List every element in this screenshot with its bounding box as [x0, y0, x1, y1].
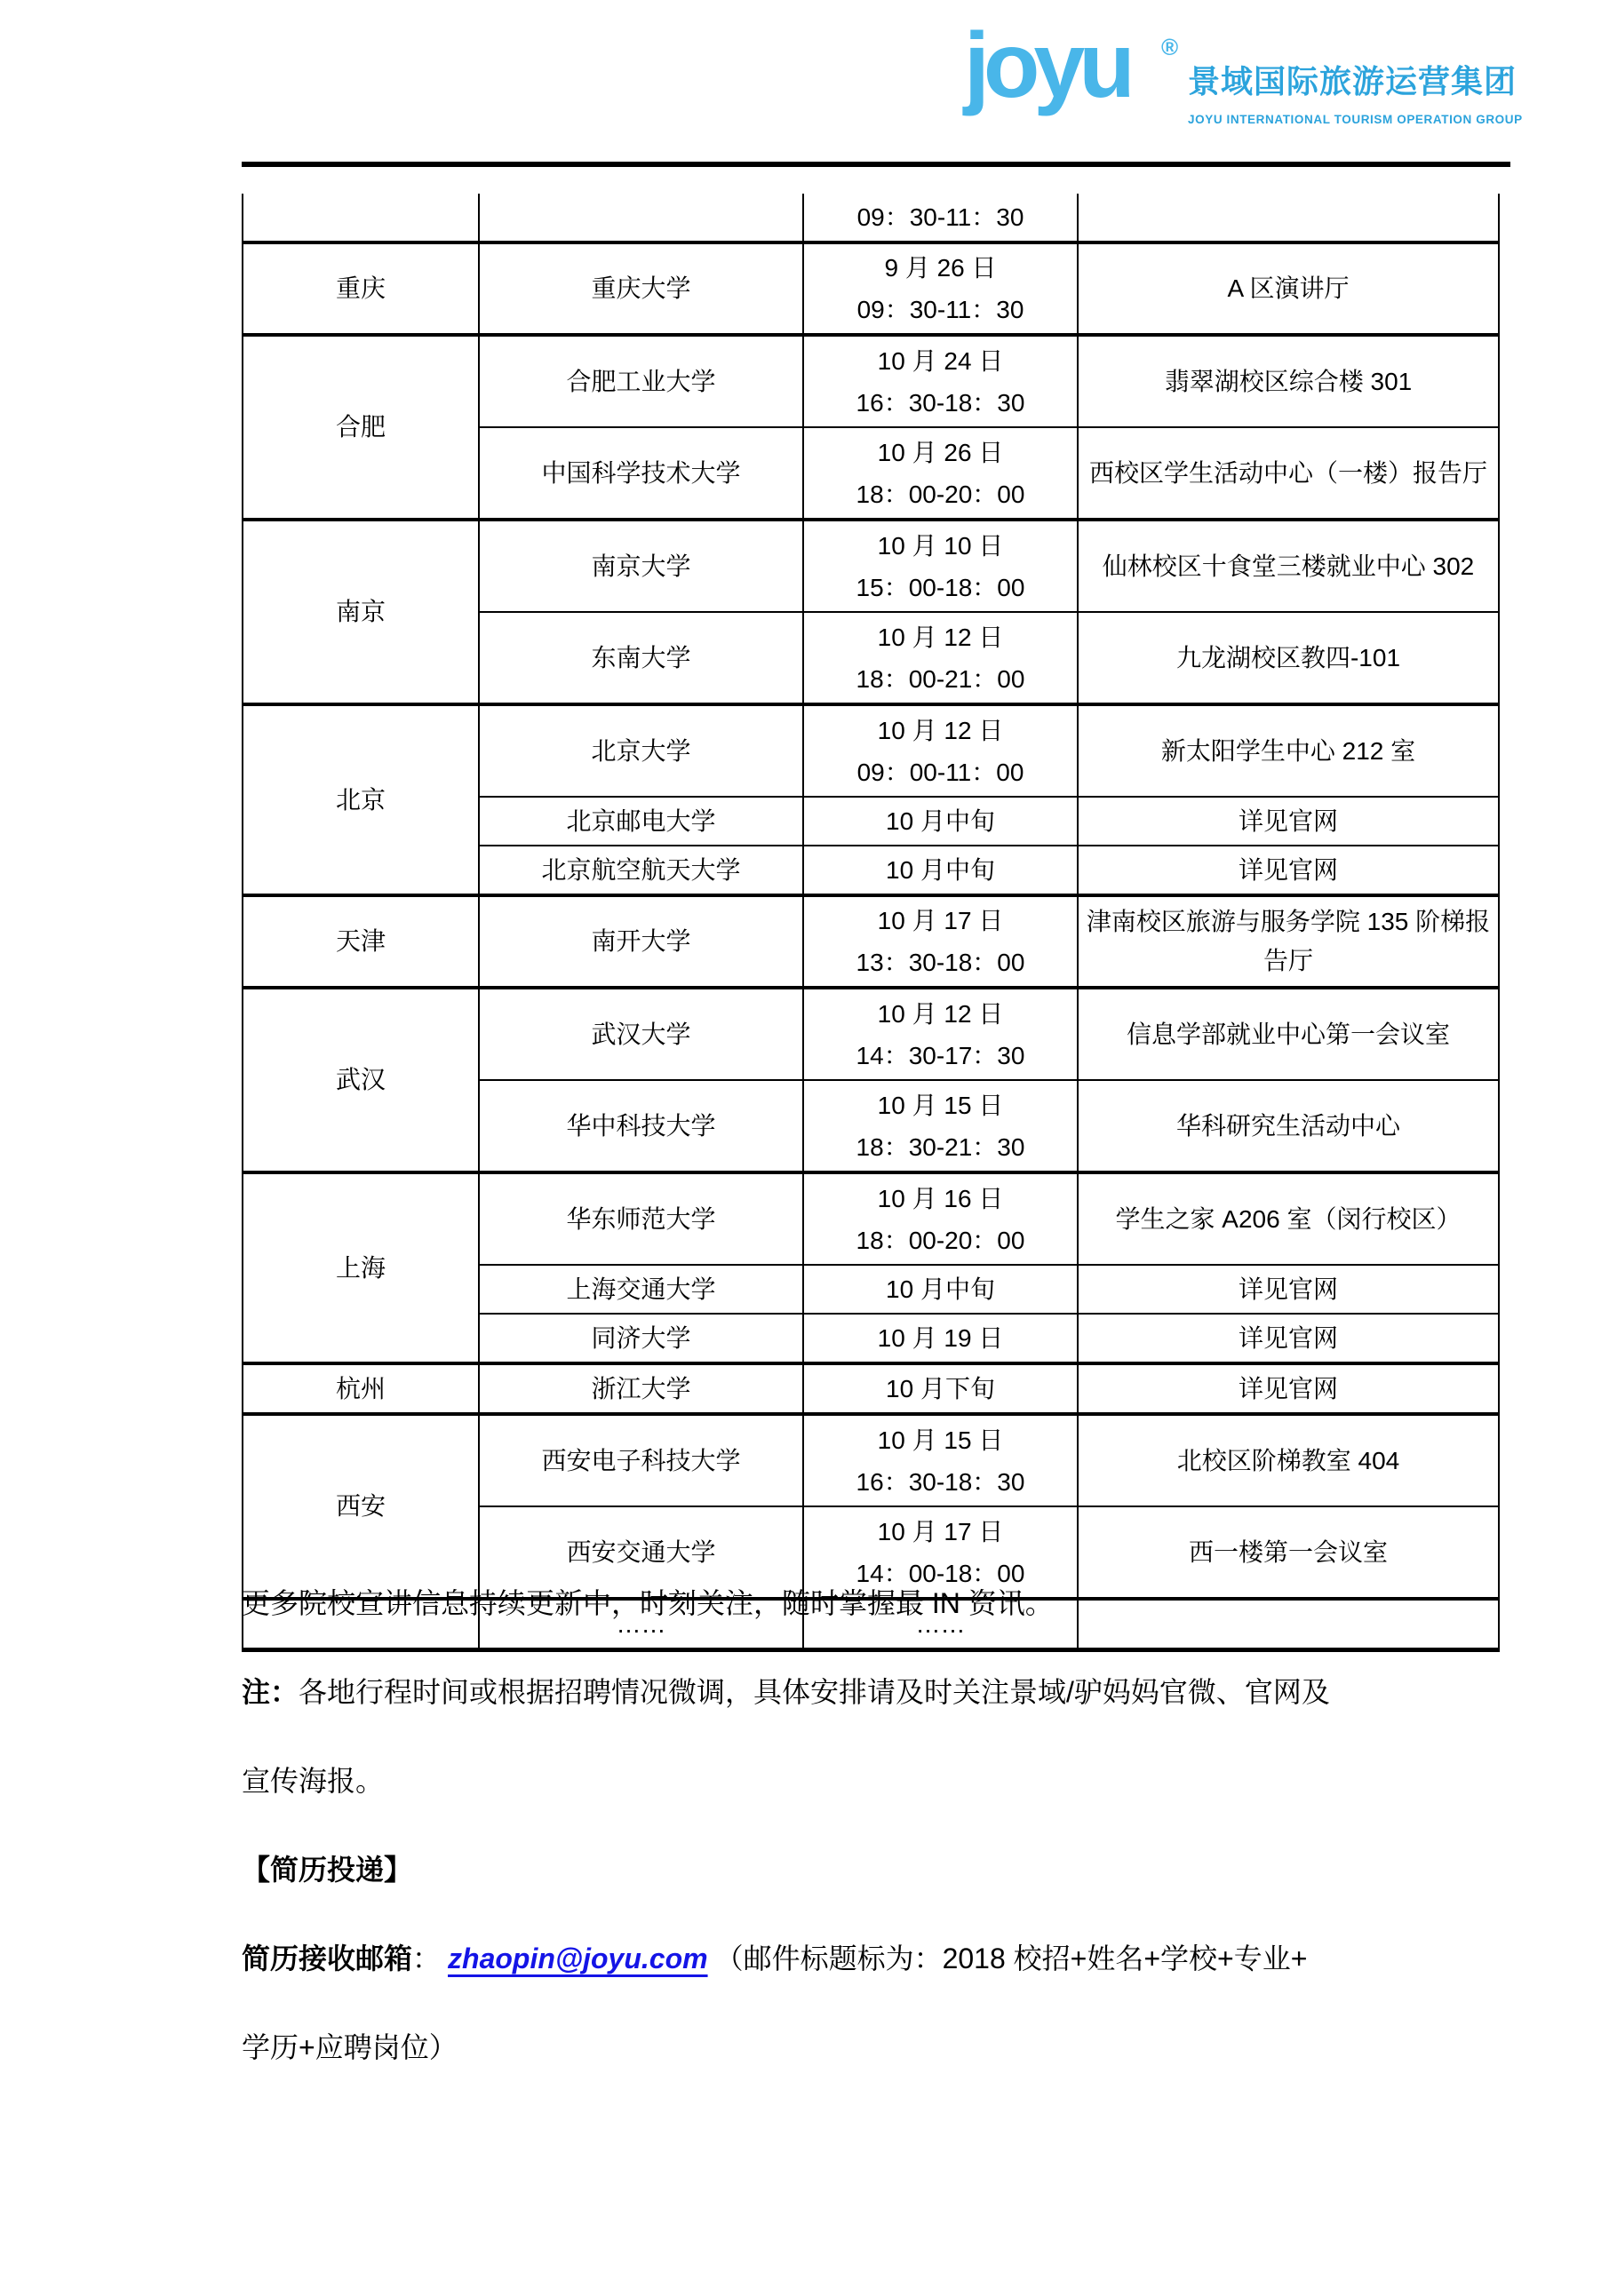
school-cell: 合肥工业大学	[479, 335, 803, 427]
school-cell: 上海交通大学	[479, 1265, 803, 1314]
date-line: 10 月 19 日	[811, 1317, 1070, 1359]
date-line: 09：30-11：30	[811, 289, 1070, 330]
date-cell: 10 月 12 日18：00-21：00	[803, 612, 1078, 704]
date-cell: 10 月下旬	[803, 1363, 1078, 1414]
location-cell: 学生之家 A206 室（闵行校区）	[1078, 1172, 1499, 1265]
logo-text-block: 景域国际旅游运营集团 JOYU INTERNATIONAL TOURISM OP…	[1188, 57, 1517, 126]
date-cell: 10 月 24 日16：30-18：30	[803, 335, 1078, 427]
table-row: 重庆重庆大学9 月 26 日09：30-11：30A 区演讲厅	[243, 242, 1499, 335]
joyu-logo: joyu ® 景域国际旅游运营集团 JOYU INTERNATIONAL TOU…	[964, 32, 1510, 165]
location-cell: 详见官网	[1078, 1265, 1499, 1314]
school-cell: 华东师范大学	[479, 1172, 803, 1265]
date-line: 09：00-11：00	[811, 751, 1070, 793]
school-cell: 中国科学技术大学	[479, 427, 803, 520]
school-cell: 北京大学	[479, 704, 803, 797]
date-line: 10 月 12 日	[811, 993, 1070, 1035]
location-cell: 华科研究生活动中心	[1078, 1080, 1499, 1172]
note-text-continued: 宣传海报。	[242, 1760, 1510, 1801]
document-page: joyu ® 景域国际旅游运营集团 JOYU INTERNATIONAL TOU…	[0, 0, 1617, 2296]
city-cell: 杭州	[243, 1363, 479, 1414]
city-cell: 天津	[243, 895, 479, 988]
date-line: 13：30-18：00	[811, 941, 1070, 983]
logo-wordmark: joyu	[964, 20, 1129, 112]
location-cell: 翡翠湖校区综合楼 301	[1078, 335, 1499, 427]
date-cell: 10 月 15 日16：30-18：30	[803, 1414, 1078, 1506]
more-info-text: 更多院校宣讲信息持续更新中，时刻关注，随时掌握最 IN 资讯。	[242, 1583, 1510, 1624]
date-line: 10 月 24 日	[811, 340, 1070, 382]
date-line: 16：30-18：30	[811, 1461, 1070, 1503]
location-cell: 信息学部就业中心第一会议室	[1078, 988, 1499, 1080]
date-cell: 10 月 12 日09：00-11：00	[803, 704, 1078, 797]
location-cell: 详见官网	[1078, 797, 1499, 846]
location-cell: 西校区学生活动中心（一楼）报告厅	[1078, 427, 1499, 520]
resume-email-line2: 学历+应聘岗位）	[242, 2027, 1510, 2068]
location-cell: A 区演讲厅	[1078, 242, 1499, 335]
location-cell: 仙林校区十食堂三楼就业中心 302	[1078, 520, 1499, 612]
resume-email-colon: ：	[412, 1942, 441, 1974]
logo-en-name: JOYU INTERNATIONAL TOURISM OPERATION GRO…	[1188, 113, 1517, 126]
city-cell: 合肥	[243, 335, 479, 520]
header-divider	[242, 162, 1510, 167]
city-cell: 上海	[243, 1172, 479, 1363]
city-cell: 北京	[243, 704, 479, 895]
school-cell: 重庆大学	[479, 242, 803, 335]
date-line: 09：30-11：30	[811, 196, 1070, 238]
date-cell: 10 月中旬	[803, 797, 1078, 846]
date-line: 16：30-18：30	[811, 382, 1070, 424]
school-cell: 东南大学	[479, 612, 803, 704]
location-cell: 新太阳学生中心 212 室	[1078, 704, 1499, 797]
date-line: 10 月 16 日	[811, 1178, 1070, 1220]
registered-trademark-icon: ®	[1161, 34, 1178, 61]
logo-cn-name: 景域国际旅游运营集团	[1188, 57, 1517, 102]
email-link[interactable]: zhaopin@joyu.com	[448, 1942, 708, 1974]
school-cell: 南京大学	[479, 520, 803, 612]
date-cell: 10 月中旬	[803, 1265, 1078, 1314]
school-cell: 北京邮电大学	[479, 797, 803, 846]
school-cell: 浙江大学	[479, 1363, 803, 1414]
date-line: 18：00-20：00	[811, 473, 1070, 515]
location-cell: 北校区阶梯教室 404	[1078, 1414, 1499, 1506]
date-line: 10 月 12 日	[811, 616, 1070, 658]
table-row: 北京北京大学10 月 12 日09：00-11：00新太阳学生中心 212 室	[243, 704, 1499, 797]
date-cell: 10 月 10 日15：00-18：00	[803, 520, 1078, 612]
date-line: 10 月 15 日	[811, 1419, 1070, 1461]
date-cell: 10 月中旬	[803, 846, 1078, 895]
table-row: 天津南开大学10 月 17 日13：30-18：00津南校区旅游与服务学院 13…	[243, 895, 1499, 988]
table-row: 杭州浙江大学10 月下旬详见官网	[243, 1363, 1499, 1414]
note-text: 注：各地行程时间或根据招聘情况微调，具体安排请及时关注景域/驴妈妈官微、官网及	[242, 1672, 1510, 1712]
campus-talk-schedule-table: 09：30-11：30重庆重庆大学9 月 26 日09：30-11：30A 区演…	[242, 194, 1500, 1652]
city-cell: 西安	[243, 1414, 479, 1599]
note-line1: 各地行程时间或根据招聘情况微调，具体安排请及时关注景域/驴妈妈官微、官网及	[299, 1676, 1330, 1708]
location-cell: 详见官网	[1078, 846, 1499, 895]
date-cell: 10 月 15 日18：30-21：30	[803, 1080, 1078, 1172]
date-line: 10 月 17 日	[811, 1511, 1070, 1553]
resume-email-suffix: （邮件标题标为：2018 校招+姓名+学校+专业+	[715, 1942, 1308, 1974]
date-line: 10 月中旬	[811, 849, 1070, 891]
city-cell	[243, 194, 479, 242]
city-cell: 武汉	[243, 988, 479, 1172]
table-row: 西安西安电子科技大学10 月 15 日16：30-18：30北校区阶梯教室 40…	[243, 1414, 1499, 1506]
date-line: 10 月下旬	[811, 1368, 1070, 1410]
date-line: 10 月 17 日	[811, 900, 1070, 941]
date-line: 10 月中旬	[811, 1268, 1070, 1310]
location-cell: 津南校区旅游与服务学院 135 阶梯报告厅	[1078, 895, 1499, 988]
date-line: 14：30-17：30	[811, 1035, 1070, 1076]
school-cell: 华中科技大学	[479, 1080, 803, 1172]
table-row: 南京南京大学10 月 10 日15：00-18：00仙林校区十食堂三楼就业中心 …	[243, 520, 1499, 612]
school-cell: 同济大学	[479, 1314, 803, 1363]
school-cell: 西安电子科技大学	[479, 1414, 803, 1506]
note-label: 注：	[242, 1676, 299, 1708]
table-row: 09：30-11：30	[243, 194, 1499, 242]
date-cell: 10 月 17 日13：30-18：00	[803, 895, 1078, 988]
date-cell: 10 月 19 日	[803, 1314, 1078, 1363]
notes-section: 更多院校宣讲信息持续更新中，时刻关注，随时掌握最 IN 资讯。 注：各地行程时间…	[242, 1583, 1510, 2116]
date-line: 10 月 10 日	[811, 525, 1070, 567]
school-cell: 北京航空航天大学	[479, 846, 803, 895]
date-line: 15：00-18：00	[811, 567, 1070, 608]
date-line: 18：00-21：00	[811, 658, 1070, 700]
date-cell: 10 月 12 日14：30-17：30	[803, 988, 1078, 1080]
date-line: 10 月 12 日	[811, 710, 1070, 751]
resume-email-line: 简历接收邮箱：zhaopin@joyu.com（邮件标题标为：2018 校招+姓…	[242, 1938, 1510, 1979]
date-line: 10 月 26 日	[811, 432, 1070, 473]
school-cell	[479, 194, 803, 242]
school-cell: 武汉大学	[479, 988, 803, 1080]
location-cell	[1078, 194, 1499, 242]
location-cell: 九龙湖校区教四-101	[1078, 612, 1499, 704]
date-cell: 10 月 16 日18：00-20：00	[803, 1172, 1078, 1265]
resume-section-heading: 【简历投递】	[242, 1849, 1510, 1890]
date-line: 10 月中旬	[811, 800, 1070, 842]
date-line: 18：00-20：00	[811, 1220, 1070, 1261]
location-cell: 详见官网	[1078, 1314, 1499, 1363]
table-row: 合肥合肥工业大学10 月 24 日16：30-18：30翡翠湖校区综合楼 301	[243, 335, 1499, 427]
date-cell: 09：30-11：30	[803, 194, 1078, 242]
location-cell: 详见官网	[1078, 1363, 1499, 1414]
table-row: 武汉武汉大学10 月 12 日14：30-17：30信息学部就业中心第一会议室	[243, 988, 1499, 1080]
resume-email-label: 简历接收邮箱	[242, 1942, 412, 1974]
date-line: 18：30-21：30	[811, 1126, 1070, 1168]
city-cell: 重庆	[243, 242, 479, 335]
table-row: 上海华东师范大学10 月 16 日18：00-20：00学生之家 A206 室（…	[243, 1172, 1499, 1265]
date-line: 10 月 15 日	[811, 1084, 1070, 1126]
city-cell: 南京	[243, 520, 479, 704]
date-cell: 10 月 26 日18：00-20：00	[803, 427, 1078, 520]
date-cell: 9 月 26 日09：30-11：30	[803, 242, 1078, 335]
date-line: 9 月 26 日	[811, 247, 1070, 289]
school-cell: 南开大学	[479, 895, 803, 988]
